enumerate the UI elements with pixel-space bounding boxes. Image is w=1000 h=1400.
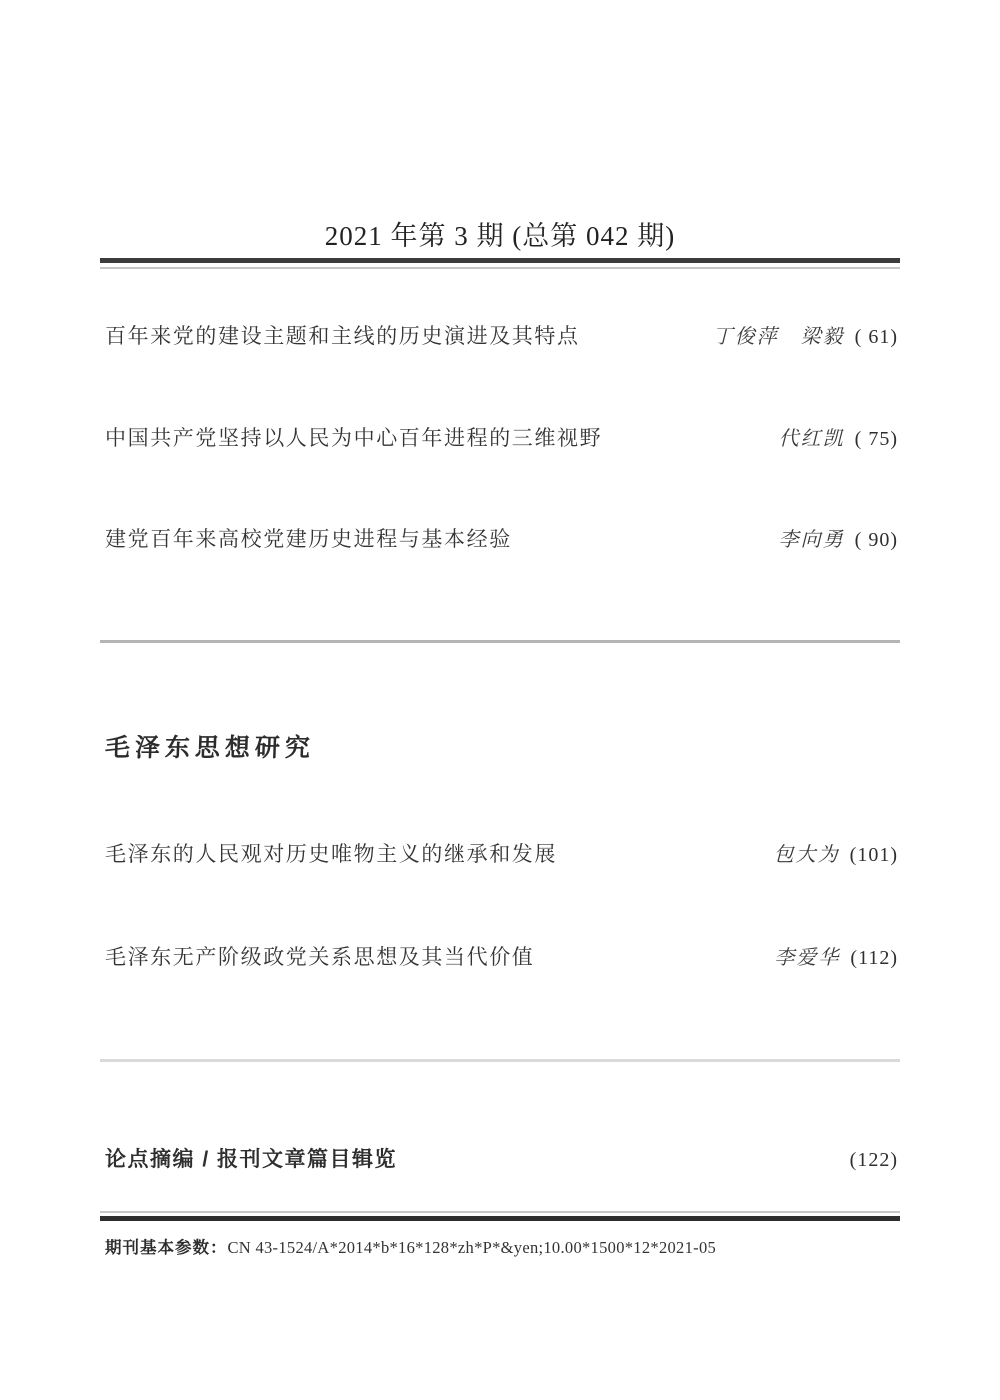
article-title: 中国共产党坚持以人民为中心百年进程的三维视野	[105, 422, 602, 452]
toc-row: 百年来党的建设主题和主线的历史演进及其特点 丁俊萍 梁毅 ( 61)	[105, 320, 898, 350]
divider-header-thick	[100, 258, 900, 263]
divider-section-1	[100, 640, 900, 643]
article-title: 建党百年来高校党建历史进程与基本经验	[105, 523, 512, 553]
article-meta: 代红凯 ( 75)	[779, 422, 898, 451]
article-page: ( 90)	[855, 529, 898, 552]
article-authors: 李爱华	[774, 941, 840, 970]
journal-parameters-label: 期刊基本参数：	[105, 1239, 228, 1257]
article-authors: 丁俊萍 梁毅	[713, 320, 845, 349]
toc-row: 毛泽东无产阶级政党关系思想及其当代价值 李爱华 (112)	[105, 941, 898, 971]
journal-parameters-line: 期刊基本参数：CN 43-1524/A*2014*b*16*128*zh*P*&…	[105, 1234, 898, 1258]
article-page: ( 75)	[855, 428, 898, 451]
divider-header-thin	[100, 267, 900, 269]
article-page: (112)	[850, 947, 898, 970]
journal-toc-page: 2021 年第 3 期 (总第 042 期) 百年来党的建设主题和主线的历史演进…	[0, 0, 1000, 1400]
section-heading: 毛泽东思想研究	[104, 728, 315, 764]
toc-row: 中国共产党坚持以人民为中心百年进程的三维视野 代红凯 ( 75)	[105, 422, 898, 452]
divider-section-2	[100, 1059, 900, 1062]
divider-footer-thick	[100, 1216, 900, 1221]
digest-page: (122)	[850, 1149, 898, 1172]
article-meta: 丁俊萍 梁毅 ( 61)	[713, 320, 898, 349]
article-meta: 李爱华 (112)	[774, 941, 898, 970]
journal-parameters-value: CN 43-1524/A*2014*b*16*128*zh*P*&yen;10.…	[228, 1238, 717, 1257]
article-page: (101)	[850, 844, 898, 867]
toc-row: 建党百年来高校党建历史进程与基本经验 李向勇 ( 90)	[105, 523, 898, 553]
article-authors: 李向勇	[779, 523, 845, 552]
article-page: ( 61)	[855, 326, 898, 349]
article-title: 毛泽东无产阶级政党关系思想及其当代价值	[105, 941, 534, 971]
issue-title: 2021 年第 3 期 (总第 042 期)	[0, 214, 1000, 253]
digest-label: 论点摘编 / 报刊文章篇目辑览	[105, 1143, 397, 1173]
article-authors: 代红凯	[779, 422, 845, 451]
article-meta: 包大为 (101)	[774, 838, 898, 867]
divider-footer-thin	[100, 1211, 900, 1213]
article-title: 毛泽东的人民观对历史唯物主义的继承和发展	[105, 838, 557, 868]
digest-row: 论点摘编 / 报刊文章篇目辑览 (122)	[105, 1143, 898, 1173]
article-authors: 包大为	[774, 838, 840, 867]
article-meta: 李向勇 ( 90)	[779, 523, 898, 552]
article-title: 百年来党的建设主题和主线的历史演进及其特点	[105, 320, 580, 350]
toc-row: 毛泽东的人民观对历史唯物主义的继承和发展 包大为 (101)	[105, 838, 898, 868]
